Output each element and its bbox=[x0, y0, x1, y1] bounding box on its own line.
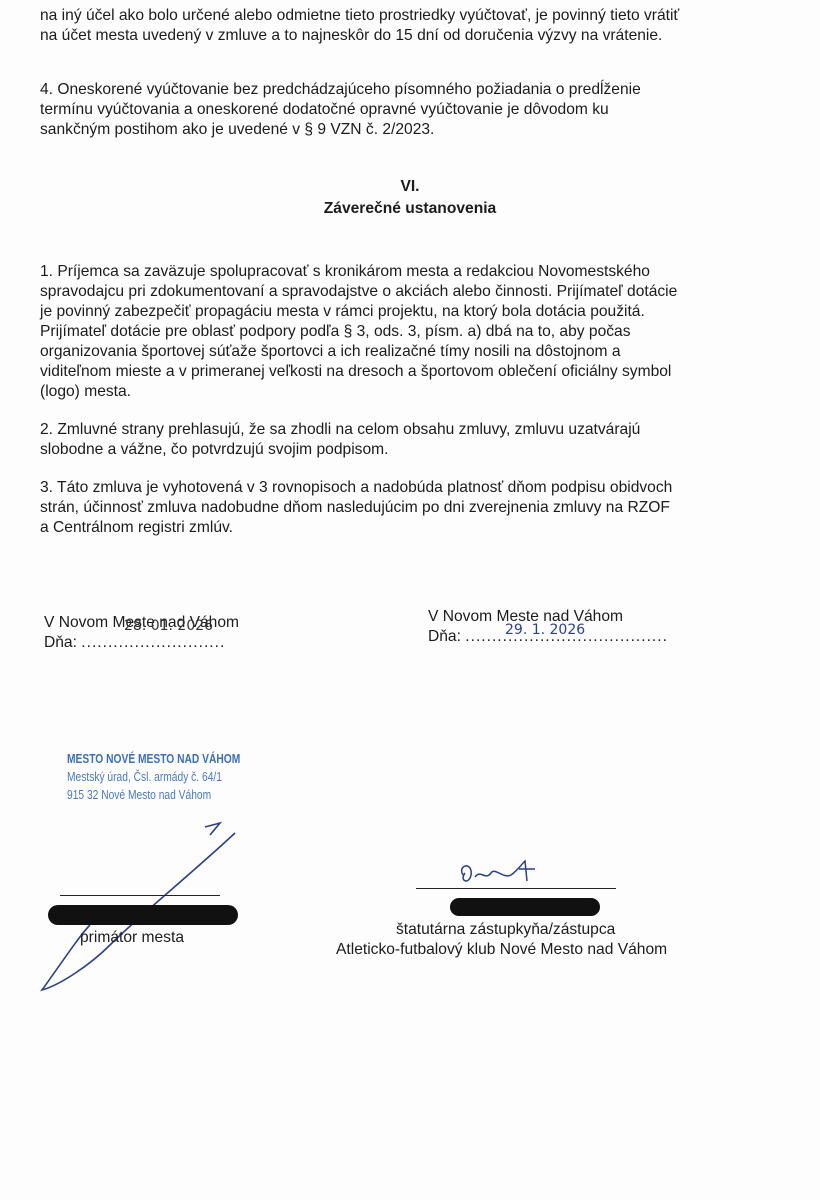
text-line: slobodne a vážne, čo potvrdzujú svojim p… bbox=[40, 440, 785, 460]
clause-2: 2. Zmluvné strany prehlasujú, že sa zhod… bbox=[40, 420, 785, 460]
section-number: VI. bbox=[0, 176, 820, 198]
right-role-line1: štatutárna zástupkyňa/zástupca bbox=[396, 920, 615, 939]
section-title: Záverečné ustanovenia bbox=[0, 198, 820, 220]
text-line: na účet mesta uvedený v zmluve a to najn… bbox=[40, 26, 785, 46]
left-date-row: Dňa: ........................... bbox=[44, 633, 225, 652]
right-role-line2: Atleticko-futbalový klub Nové Mesto nad … bbox=[336, 940, 667, 959]
stamp-line: 915 32 Nové Mesto nad Váhom bbox=[67, 786, 240, 804]
clause-1: 1. Príjemca sa zaväzuje spolupracovať s … bbox=[40, 262, 785, 402]
text-line: je povinný zabezpečiť propagáciu mesta v… bbox=[40, 302, 785, 322]
text-line: sankčným postihom ako je uvedené v § 9 V… bbox=[40, 120, 785, 140]
text-line: na iný účel ako bolo určené alebo odmiet… bbox=[40, 6, 785, 26]
right-signature-icon bbox=[455, 855, 575, 895]
left-date-label: Dňa: bbox=[44, 634, 77, 651]
left-date-handwritten: 28. 01. 2026 bbox=[124, 618, 213, 634]
text-line: Prijímateľ dotácie pre oblasť podpory po… bbox=[40, 322, 785, 342]
text-line: 1. Príjemca sa zaväzuje spolupracovať s … bbox=[40, 262, 785, 282]
text-line: strán, účinnosť zmluva nadobudne dňom na… bbox=[40, 498, 785, 518]
text-line: 4. Oneskorené vyúčtovanie bez predchádza… bbox=[40, 80, 785, 100]
paragraph-continuation: na iný účel ako bolo určené alebo odmiet… bbox=[40, 6, 785, 46]
official-stamp: MESTO NOVÉ MESTO NAD VÁHOM Mestský úrad,… bbox=[67, 750, 240, 804]
right-date-label: Dňa: bbox=[428, 628, 461, 645]
left-redaction bbox=[48, 905, 238, 925]
text-line: 3. Táto zmluva je vyhotovená v 3 rovnopi… bbox=[40, 478, 785, 498]
left-date-dots: ........................... bbox=[81, 634, 225, 651]
text-line: organizovania športovej súťaže športovci… bbox=[40, 342, 785, 362]
text-line: a Centrálnom registri zmlúv. bbox=[40, 518, 785, 538]
left-role: primátor mesta bbox=[80, 928, 184, 947]
text-line: spravodajcu pri zdokumentovaní a spravod… bbox=[40, 282, 785, 302]
right-date-handwritten: 29. 1. 2026 bbox=[505, 622, 585, 638]
left-signature-line bbox=[60, 895, 220, 896]
clause-3: 3. Táto zmluva je vyhotovená v 3 rovnopi… bbox=[40, 478, 785, 538]
text-line: (logo) mesta. bbox=[40, 382, 785, 402]
right-signature-line bbox=[416, 888, 616, 889]
text-line: termínu vyúčtovania a oneskorené dodatoč… bbox=[40, 100, 785, 120]
stamp-line: Mestský úrad, Čsl. armády č. 64/1 bbox=[67, 768, 240, 786]
text-line: viditeľnom mieste a v primeranej veľkost… bbox=[40, 362, 785, 382]
stamp-line: MESTO NOVÉ MESTO NAD VÁHOM bbox=[67, 750, 240, 768]
text-line: 2. Zmluvné strany prehlasujú, že sa zhod… bbox=[40, 420, 785, 440]
right-redaction bbox=[450, 898, 600, 916]
paragraph-point-4: 4. Oneskorené vyúčtovanie bez predchádza… bbox=[40, 80, 785, 140]
